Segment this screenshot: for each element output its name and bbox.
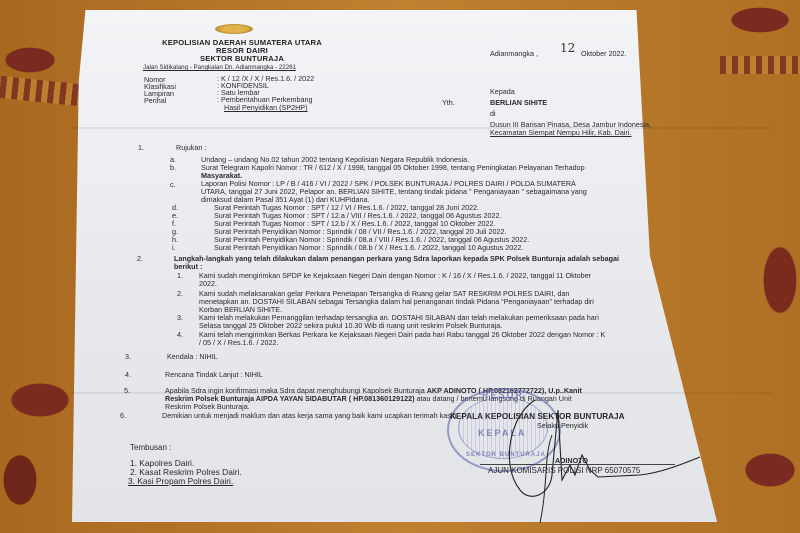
signature-underline <box>480 464 675 465</box>
item-letter: c. <box>170 180 176 189</box>
police-emblem-icon <box>215 24 253 34</box>
letterhead-address: Jalan Sidikalang - Pangkalan Dn. Adianma… <box>143 63 296 72</box>
section-title: Rujukan : <box>176 143 206 152</box>
recipient-address: Kecamatan Siempat Nempu Hilir, Kab. Dair… <box>490 128 631 137</box>
section-number: 1. <box>138 143 144 152</box>
recipient-name: BERLIAN SIHITE <box>490 98 547 107</box>
letterhead-line3: SEKTOR BUNTURAJA <box>142 54 342 63</box>
section-title: Langkah-langkah yang telah dilakukan dal… <box>174 254 619 263</box>
langkah-item: Selasa tanggal 25 Oktober 2022 sekira pu… <box>199 321 502 330</box>
section-number: 5. <box>124 386 130 395</box>
month-year: Oktober 2022. <box>581 49 627 58</box>
yth-label: Yth. <box>442 98 455 107</box>
meta-label: Perihal <box>144 96 166 105</box>
closing-text: Demikian untuk menjadi maklum dan atas k… <box>162 411 458 420</box>
item-number: 3. <box>177 313 183 322</box>
section-number: 4. <box>125 370 131 379</box>
contact-text: Reskrim Polsek Bunturaja. <box>165 402 250 411</box>
recipient-di: di <box>490 109 496 118</box>
place: Adianmangka , <box>490 49 538 58</box>
kendala-text: Kendala : NIHIL <box>167 352 218 361</box>
meta-value: Hasil Penyidikan (SP2HP) <box>224 103 308 112</box>
langkah-item: Kami sudah mengirimkan SPDP ke Kejaksaan… <box>199 271 591 280</box>
item-number: 4. <box>177 330 183 339</box>
item-number: 2. <box>177 289 183 298</box>
signatory-rank: AJUN KOMISARIS POLISI NRP 65070575 <box>488 466 640 475</box>
langkah-item: / 05 / X / Res.1.6. / 2022. <box>199 338 279 347</box>
item-number: 1. <box>177 271 183 280</box>
langkah-item: 2022. <box>199 279 217 288</box>
section-number: 3. <box>125 352 131 361</box>
handwritten-day: 12 <box>560 44 575 53</box>
tembusan-item: 3. Kasi Propam Polres Dairi. <box>128 477 233 486</box>
kepada-label: Kepada <box>490 87 515 96</box>
letter-document: KEPOLISIAN DAERAH SUMATERA UTARA RESOR D… <box>0 0 800 533</box>
item-letter: i. <box>172 243 176 252</box>
handwritten-signature <box>500 395 720 525</box>
rujukan-item: Surat Telegram Kapolri Nomor : TR / 612 … <box>201 163 585 172</box>
section-title: berikut : <box>174 262 202 271</box>
section-number: 6. <box>120 411 126 420</box>
rujukan-item: Surat Perintah Penyidikan Nomor : Sprind… <box>214 243 523 252</box>
rencana-text: Rencana Tindak Lanjut : NIHIL <box>165 370 263 379</box>
item-letter: b. <box>170 163 176 172</box>
section-number: 2. <box>137 254 143 263</box>
tembusan-title: Tembusan : <box>130 443 171 452</box>
